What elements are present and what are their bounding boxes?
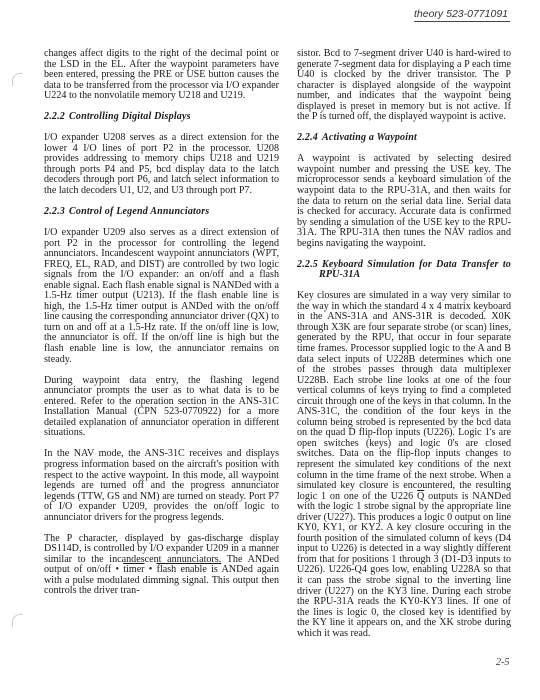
left-column: changes affect digits to the right of th… (44, 49, 279, 608)
right-column: sistor. Bcd to 7-segment driver U40 is h… (297, 49, 511, 650)
paragraph-key-closures: Key closures are simulated in a way very… (297, 291, 511, 639)
binding-hole-mark-bottom (12, 614, 23, 627)
section-number: 2.2.3 (44, 206, 65, 217)
paragraph: In the NAV mode, the ANS-31C receives an… (44, 449, 279, 523)
continued-paragraph: sistor. Bcd to 7-segment driver U40 is h… (297, 49, 511, 123)
section-number: 2.2.5 (297, 259, 318, 270)
document-reference-header: theory 523-0771091 (414, 8, 510, 22)
section-title: Keyboard Simulation for Data Transfer to… (319, 259, 511, 281)
section-title: Control of Legend Annunciators (69, 206, 209, 217)
section-title: Activating a Waypoint (322, 132, 417, 143)
section-title: Controlling Digital Displays (69, 111, 191, 122)
paragraph: I/O expander U208 serves as a direct ext… (44, 133, 279, 196)
text-run: outputs is NANDed with the logic 1 strob… (297, 491, 511, 639)
binding-hole-mark-top (12, 73, 23, 86)
overlined-flash-enable: flash enable (157, 564, 207, 575)
text-run: Key closures are simulated in a way very… (297, 290, 511, 501)
paragraph: A waypoint is activated by selecting des… (297, 154, 511, 249)
section-heading-2-2-2: 2.2.2Controlling Digital Displays (44, 112, 279, 123)
section-number: 2.2.4 (297, 132, 318, 143)
section-number: 2.2.2 (44, 111, 65, 122)
overlined-timer: timer (123, 564, 144, 575)
section-heading-2-2-5: 2.2.5Keyboard Simulation for Data Transf… (297, 260, 511, 281)
section-heading-2-2-4: 2.2.4Activating a Waypoint (297, 133, 511, 144)
page-number: 2-5 (496, 657, 509, 668)
text-run: • (145, 564, 157, 575)
paragraph: During waypoint data entry, the flashing… (44, 376, 279, 439)
intro-paragraph: changes affect digits to the right of th… (44, 49, 279, 102)
paragraph: I/O expander U209 also serves as a direc… (44, 228, 279, 365)
paragraph-p-character: The P character, displayed by gas-discha… (44, 534, 279, 597)
section-heading-2-2-3: 2.2.3Control of Legend Annunciators (44, 207, 279, 218)
